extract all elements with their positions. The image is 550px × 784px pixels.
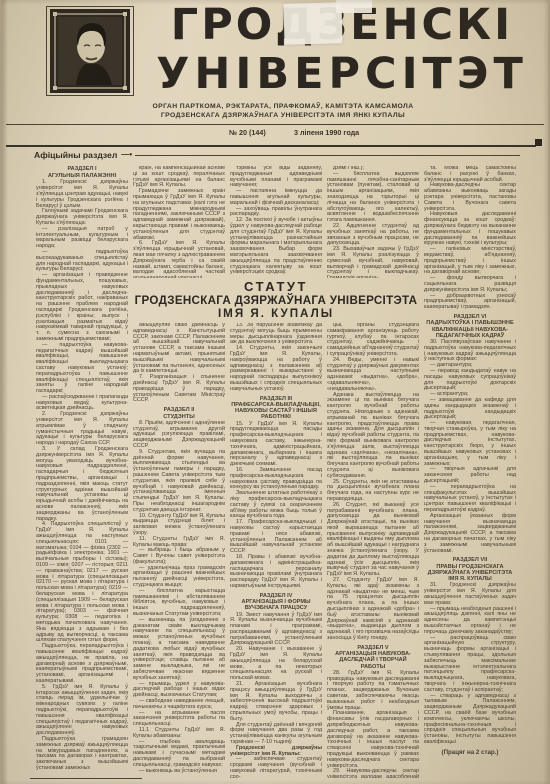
article-paragraph: — рэалізацыя патрэб у інтэлектуальным, к… [36,227,128,250]
article-paragraph: 4. Падрыхтоўка спецыялістаў у ГрДзУ імя … [36,522,128,644]
statute-headline-line-2: ГРОДЗЕНСКАГА ДЗЯРЖАЎНАГА УНІВЕРСІТЭТА [133,294,419,307]
article-paragraph: — фонду вытворчага і сацыяльнага развіцц… [424,276,516,293]
article-paragraph: 20. Навучанне і выхаванне ў ГрДзУ імя Я.… [230,647,322,682]
continuation-note: (Працяг на 2 стар.) [424,749,516,756]
article-paragraph: Адзнака выстаўляецца на экзамене ці па в… [327,393,419,480]
article-paragraph: цыі, органы студэнцкага самакіравання ар… [327,323,419,358]
middle-top-row: краін, на кампенсацыйнай аснове ці за ко… [133,166,419,278]
article-paragraph: — выконваць ва ўстаноўленыя [133,769,225,775]
column-5: та. Можа мець самастойны баланс і рахунк… [424,166,516,778]
article-paragraph: Навукова-даследчы сектар абавязаны выкон… [424,183,516,212]
section-bar: Афіцыйны раздзел —• [34,150,520,160]
article-paragraph: 13. За парушэнне абавязкаў да студэнтаў … [230,323,322,346]
article-paragraph: — прымаць удзел у навукова-даследчай раб… [133,682,225,699]
column-2-bottom: ажыццяўляе сваю дзейнасць у адпаведнасці… [133,323,225,778]
article-paragraph: Грамадзяне замежных краін прымаюцца ў Гр… [133,189,225,241]
article-paragraph: — падрыхтоўка высокаадукаваных спецыяліс… [36,250,128,273]
article-paragraph: 31. Гродзенскі дзяржаўны універсітэт імя… [424,583,516,606]
article-paragraph: 22. Адцягненне студэнтаў ад вучэбных зан… [327,224,419,247]
article-paragraph: 6. ГрДзУ імя Я. Купалы з'яўляецца юрыдыч… [133,241,225,278]
section-subheading: АРГАНІЗАЦЫЯ І ФОРМЫ ВУЧЭБНАГА ПРАЦЭСУ [230,599,322,611]
article-paragraph: тэрміны ўсе віды заданняў, прадугледжаны… [230,166,322,189]
issue-date: 3 ліпеня 1990 года [294,128,359,137]
article-paragraph: — выбіраць і быць абраным у Савет і Вучо… [133,548,225,565]
article-paragraph: краін, на кампенсацыйнай аснове ці за ко… [133,166,225,189]
tape-patch-small [336,0,372,13]
yanka-kupala-portrait [46,6,134,96]
article-paragraph: — глыбока авалодваць тэарэтычнымі ведамі… [133,740,225,769]
column-3-top: тэрміны ўсе віды заданняў, прадугледжаны… [230,166,322,278]
article-paragraph: 15. У ГрДзУ імя Я. Купалы прадугледжваюц… [230,422,322,468]
article-paragraph: Арганізацыя ўказаных форм навучання вызн… [424,514,516,555]
article-paragraph: 16. Замяшчэнне пасад прафесарска-выкладч… [230,468,322,491]
section-subheading: РАЗДЗЕЛ І [36,166,128,172]
article-paragraph: Падрыхтоўка, перападрыхтоўка і павышэнне… [36,644,128,685]
article-paragraph: — удзельнічаць праз грамадскія арганізац… [133,566,225,589]
article-paragraph: 7. Рэарганізацыя і спыненне дзейнасці Гр… [133,375,225,404]
article-content: РАЗДЗЕЛ ІАГУЛЬНЫЯ ПАЛАЖЭННІ1. Гродзенскі… [36,166,518,778]
section-subheading: ПАДРЫХТОЎКА І ПАВЫШЭННЕ КВАЛІФІКАЦЫІ НАВ… [424,320,516,339]
masthead-rule-bottom [6,145,536,147]
bottom-rule [30,778,142,779]
article-paragraph: — на атрыманне пасля заканчэння універсі… [133,711,225,728]
article-paragraph: — перавод кандыдатаў навук на пасады нав… [424,369,516,392]
newspaper-page: ГРОДЗЕНСКІ УНІВЕРСІТЭТ ОРГАН ПАРТКОМА, Р… [2,0,548,784]
statute-headline-line-1: СТАТУТ [133,280,419,294]
article-paragraph: 30. Паслявузаўскае навучанне і падрыхтоў… [424,340,516,363]
article-paragraph: 12. За поспехі ў вучобе і актыўны ўдзел … [230,218,322,276]
article-paragraph: 23. Выхаваўчыя задачы ў ГрДзУ імя Я. Куп… [327,247,419,278]
article-paragraph: — навуковая, педагагічная, творчая стажы… [424,421,516,467]
article-paragraph: та. Можа мець самастойны баланс і рахунк… [424,166,516,183]
article-paragraph: 8. Прыём, адлічэнне і аднаўленне студэнт… [133,421,225,450]
subtitle-line-2: ГРОДЗЕНСКАГА ДЗЯРЖАЎНАГА УНІВЕРСІТЭТА ІМ… [118,112,448,121]
newspaper-title: ГРОДЗЕНСКІ УНІВЕРСІТЭТ [140,0,544,98]
title-line-2: УНІВЕРСІТЭТ [140,50,544,98]
statute-headline-line-3: ІМЯ Я. КУПАЛЫ [133,307,419,320]
article-paragraph: — вызначаць па ўзгадненню з дэканатам св… [133,618,225,682]
column-4-top: дзямі і інш.);— бясплатна выдзяляе памяш… [327,166,419,278]
article-paragraph: — замацаванне да кафедр для здачы кандыд… [424,398,516,421]
article-paragraph: 2. Гродзенскі дзяржаўны універсітэт імя … [36,412,128,447]
article-paragraph: — ствараць у адпаведнасці з тыпавым Пала… [424,694,516,746]
article-paragraph: ажыццяўляе сваю дзейнасць у адпаведнасці… [133,323,225,375]
newspaper-scan: { "masthead": { "title_line1": "ГРОДЗЕНС… [0,0,550,784]
article-paragraph: 27. Студэнту ГрДзУ імя Я. Купалы, які зд… [327,578,419,642]
article-paragraph: — распрацоўваць сваю арганізацыйную стру… [424,636,516,694]
column-4-bottom: цыі, органы студэнцкага самакіравання ар… [327,323,419,778]
section-subheading: АРГАНІЗАЦЫЯ НАВУКОВА-ДАСЛЕДЧАЙ І ТВОРЧАЙ… [327,651,419,670]
column-1: РАЗДЗЕЛ ІАГУЛЬНЫЯ ПАЛАЖЭННІ1. Гродзенскі… [36,166,128,778]
article-paragraph: — пастаянна імкнуцца да павышэння агульн… [230,189,322,206]
issue-line: № 20 (144) 3 ліпеня 1990 года [2,128,548,140]
article-paragraph: Падрыхтоўка грамадзян замежных дзяржаў а… [36,737,128,772]
article-paragraph: — галіновых міністэрстваў, ведамстваў, а… [424,247,516,276]
article-paragraph: 26. Студэнт, які выканаў усе патрабаванн… [327,503,419,578]
article-paragraph: 11.1 Студэнты ГрДзУ імя Я. Купалы абавяз… [133,728,225,740]
article-paragraph: — бясплатна карыстацца памяшканнямі і аб… [133,589,225,618]
article-paragraph: — забяспечвае студэнтаў сродкамі навучан… [230,757,322,778]
article-paragraph: — арганізацыя і правядзенне фундаменталь… [36,273,128,343]
article-paragraph: 19. Змест навучання ў ГрДзУ імя Я. Купал… [230,613,322,648]
rule-end-square [535,139,542,146]
subtitle-line-1: ОРГАН ПАРТКОМА, РЭКТАРАТА, ПРАФКОМАЎ, КА… [118,103,448,112]
middle-columns: краін, на кампенсацыйнай аснове ці за ко… [133,166,419,778]
article-paragraph: 1. Гродзенскі дзяржаўны універсітэт імя … [36,180,128,209]
article-paragraph: 29. Навукова-даследчы сектар універсітэт… [327,769,419,778]
section-subheading: СТУДЭНТЫ [133,414,225,420]
article-paragraph: 21. Арганізацыя вучэбнага працэсу ажыцця… [230,682,322,723]
tape-patch [283,2,342,45]
column-2-top: краін, на кампенсацыйнай аснове ці за ко… [133,166,225,278]
statute-headline: СТАТУТ ГРОДЗЕНСКАГА ДЗЯРЖАЎНАГА УНІВЕРСІ… [133,278,419,323]
section-dash: —• [121,151,132,159]
article-paragraph: Навуковыя даследаванні фінансуюцца за ко… [424,212,516,247]
article-paragraph: 5. ГрДзУ імя Я. Купалы ў інтарэсах ажыцц… [36,685,128,737]
article-paragraph: 3. У склад Гродзенскага дзяржуніверсітэт… [36,447,128,522]
article-paragraph: — творчыя адпачынкі для заканчэння работ… [424,467,516,484]
article-paragraph: Галоўнымі задачамі Гродзенскага дзяржаўн… [36,209,128,226]
issue-number: № 20 (144) [229,128,266,137]
article-paragraph: 25. Студэнты, якія не атэставаны па дысц… [327,480,419,503]
article-paragraph: Звальненне штатных работнікаў з ліку пра… [230,491,322,520]
article-paragraph: — распаўсюджванне і прапаганда навуковых… [36,395,128,412]
article-paragraph: 24. Веды, уменні і навыкі студэнтаў у дз… [327,358,419,393]
middle-bottom-row: ажыццяўляе сваю дзейнасць у адпаведнасці… [133,323,419,778]
article-paragraph: 18. Правы і абавязкі вучэбна-дапаможнага… [230,555,322,590]
article-paragraph: 10. Студэнту ГрДзУ імя Я. Купалы выдаецц… [133,514,225,537]
masthead-subtitle: ОРГАН ПАРТКОМА, РЭКТАРАТА, ПРАФКОМАЎ, КА… [118,103,448,120]
article-paragraph: — бясплатна выдзяляе памяшканні лячэбна-… [327,172,419,224]
column-3-bottom: 13. За парушэнне абавязкаў да студэнтаў … [230,323,322,778]
portrait-image [46,6,134,96]
article-paragraph: — добраахвотных узносаў прадпрыемстваў, … [424,294,516,311]
section-subheading: ПРАВЫ ГРОДЗЕНСКАГА ДЗЯРЖАЎНАГА УНІВЕРСІТ… [424,564,516,583]
article-paragraph: 17. Прафесарска-выкладчыцкі і навуковы с… [230,520,322,555]
masthead-rule-top [6,124,544,125]
article-paragraph: — падрыхтоўка навукова-педагагічных кадр… [36,343,128,395]
article-paragraph: 9. Студэнтам, якія вучацца па дзённай фо… [133,450,225,514]
section-label: Афіцыйны раздзел [34,150,117,160]
article-paragraph: 14. Студэнты, якія закончылі ГрДзУ імя Я… [230,346,322,392]
section-subheading: ПРАФЕСАРСКА-ВЫКЛАДЧЫЦКІ, НАВУКОВЫ САСТАЎ… [230,402,322,421]
section-rule [135,155,520,156]
article-paragraph: Планаванне, арганізацыя і фінансавы ўлік… [327,711,419,769]
article-paragraph: — перападрыхтоўка на спецфакультэтах выш… [424,485,516,514]
article-paragraph: 28. ГрДзУ імя Я. Купалы праводзіць навук… [327,671,419,712]
article-paragraph: — прымаць неабходныя рашэнні і ажыццяўля… [424,607,516,636]
article-paragraph: — свабоднае наведванне лекцый, пачынаючы… [133,699,225,711]
article-paragraph: Для студэнтаў дзённай і вячэрняй форм на… [230,723,322,746]
